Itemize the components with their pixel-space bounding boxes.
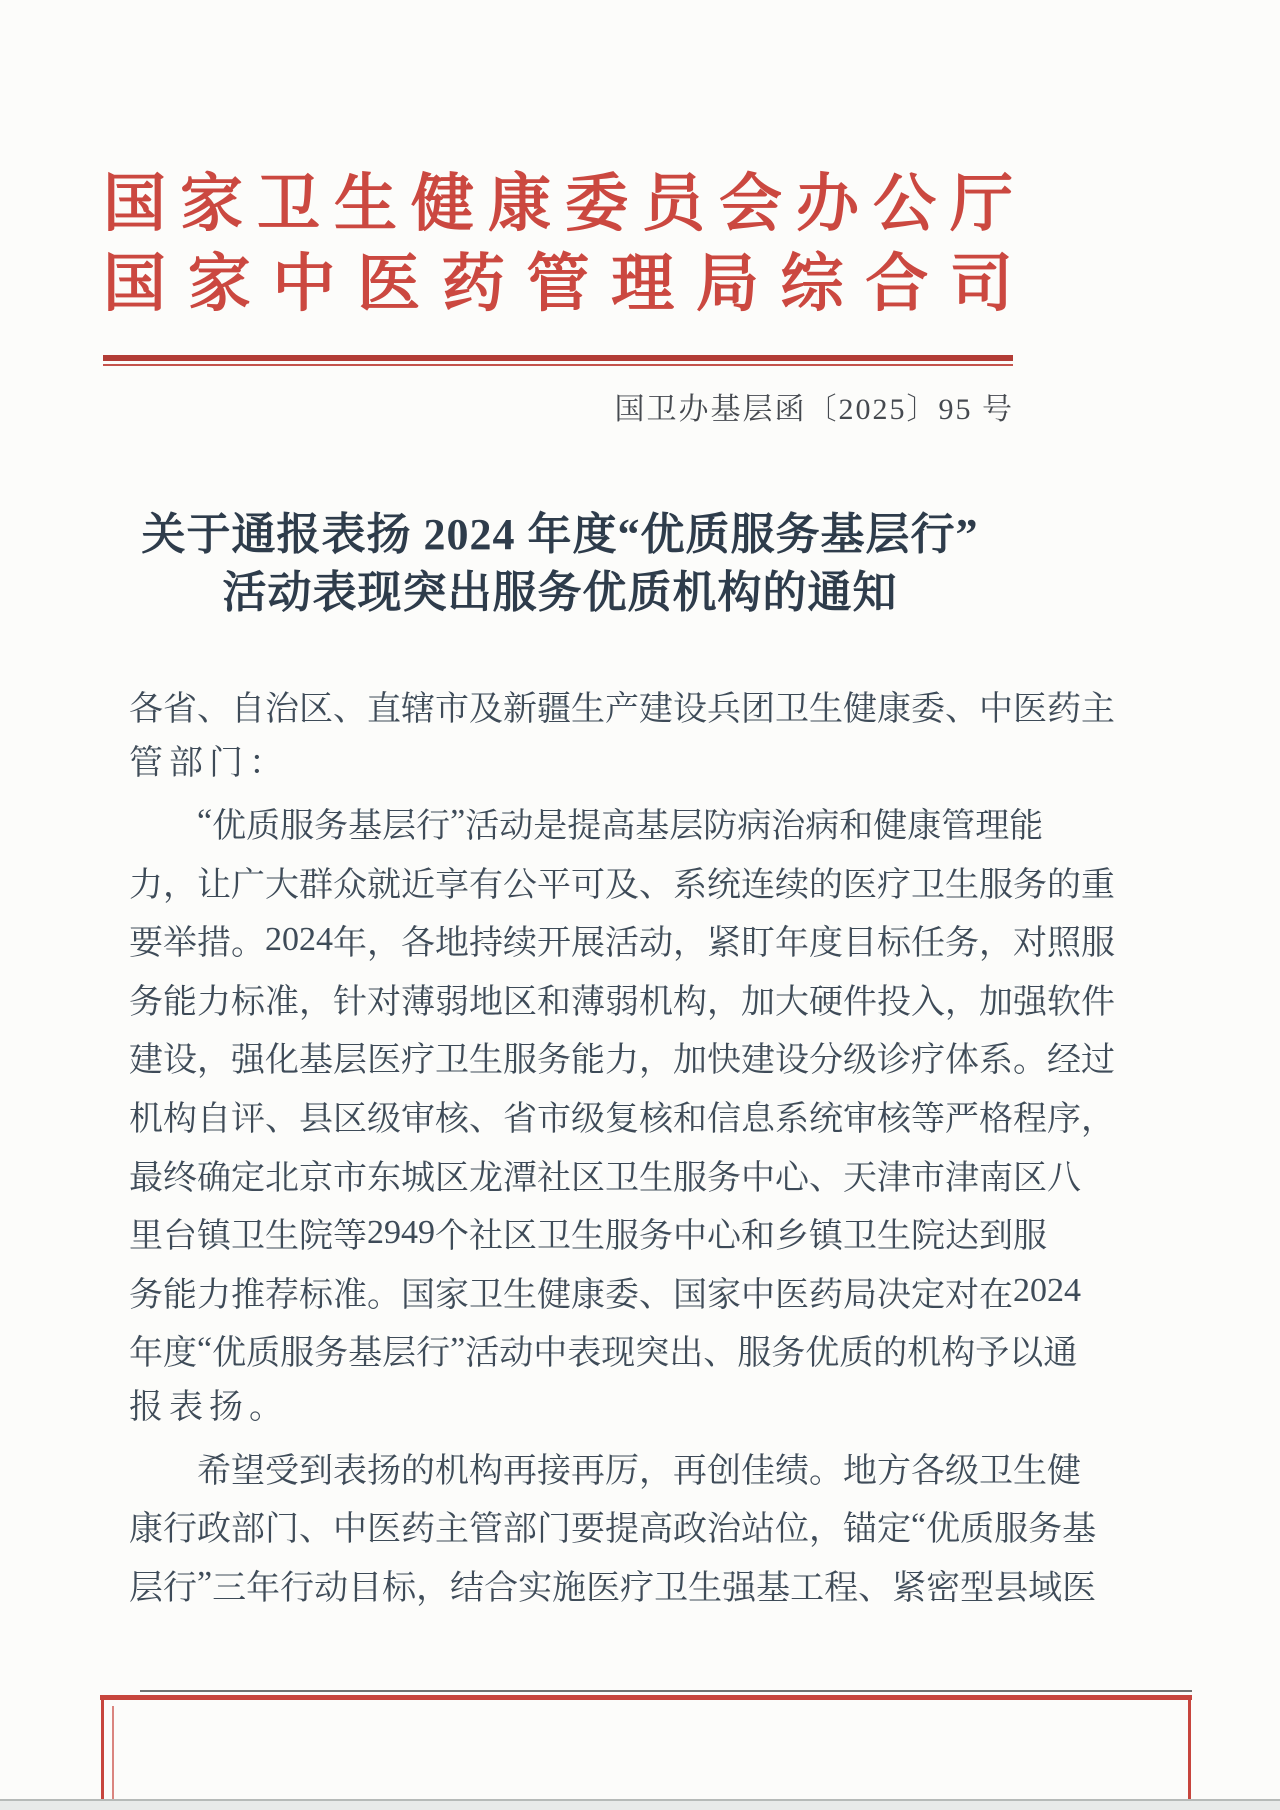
body-line: 康行政部门、中医药主管部门要提高政治站位，锚定“优质服务基 [129, 1496, 991, 1555]
body-line: 力，让广大群众就近享有公平可及、系统连续的医疗卫生服务的重 [129, 852, 991, 911]
body-text: 各省、自治区、直辖市及新疆生产建设兵团卫生健康委、中医药主管部门：“优质服务基层… [129, 676, 991, 1614]
footer-left-edge-inner [112, 1706, 114, 1810]
body-line: 层行”三年行动目标，结合实施医疗卫生强基工程、紧密型县域医 [129, 1555, 991, 1614]
page-bottom-strip [0, 1801, 1280, 1810]
body-line: 建设，强化基层医疗卫生服务能力，加快建设分级诊疗体系。经过 [129, 1028, 991, 1087]
footer-black-rule [140, 1690, 1192, 1692]
body-line: 管部门： [129, 735, 991, 794]
body-line: 报表扬。 [129, 1379, 991, 1438]
letterhead-rule-thick [103, 355, 1013, 361]
letterhead-org-line-1: 国家卫生健康委员会办公厅 [103, 166, 1013, 243]
body-line: 最终确定北京市东城区龙潭社区卫生服务中心、天津市津南区八 [129, 1145, 991, 1204]
footer-right-edge [1188, 1695, 1191, 1810]
letterhead-rule [103, 355, 1013, 366]
letterhead-rule-thin [103, 364, 1013, 366]
document-page: 国家卫生健康委员会办公厅 国家中医药管理局综合司 国卫办基层函〔2025〕95 … [0, 0, 1280, 1810]
body-line: 希望受到表扬的机构再接再厉，再创佳绩。地方各级卫生健 [129, 1438, 991, 1497]
body-line: 里台镇卫生院等2949个社区卫生服务中心和乡镇卫生院达到服 [129, 1203, 991, 1262]
notice-title: 关于通报表扬 2024 年度“优质服务基层行” 活动表现突出服务优质机构的通知 [110, 506, 1010, 622]
footer-red-rule [100, 1695, 1192, 1700]
notice-title-line-1: 关于通报表扬 2024 年度“优质服务基层行” [110, 506, 1010, 564]
body-line: 各省、自治区、直辖市及新疆生产建设兵团卫生健康委、中医药主 [129, 676, 991, 735]
body-line: 机构自评、县区级审核、省市级复核和信息系统审核等严格程序， [129, 1086, 991, 1145]
document-number: 国卫办基层函〔2025〕95 号 [615, 384, 1015, 428]
body-line: 务能力推荐标准。国家卫生健康委、国家中医药局决定对在2024 [129, 1262, 991, 1321]
body-line: 要举措。2024年，各地持续开展活动，紧盯年度目标任务，对照服 [129, 910, 991, 969]
body-line: 务能力标准，针对薄弱地区和薄弱机构，加大硬件投入，加强软件 [129, 969, 991, 1028]
letterhead-org-line-2: 国家中医药管理局综合司 [103, 246, 1013, 323]
notice-title-line-2: 活动表现突出服务优质机构的通知 [110, 564, 1010, 622]
body-line: 年度“优质服务基层行”活动中表现突出、服务优质的机构予以通 [129, 1321, 991, 1380]
footer-left-edge-outer [101, 1695, 104, 1810]
body-line: “优质服务基层行”活动是提高基层防病治病和健康管理能 [129, 793, 991, 852]
